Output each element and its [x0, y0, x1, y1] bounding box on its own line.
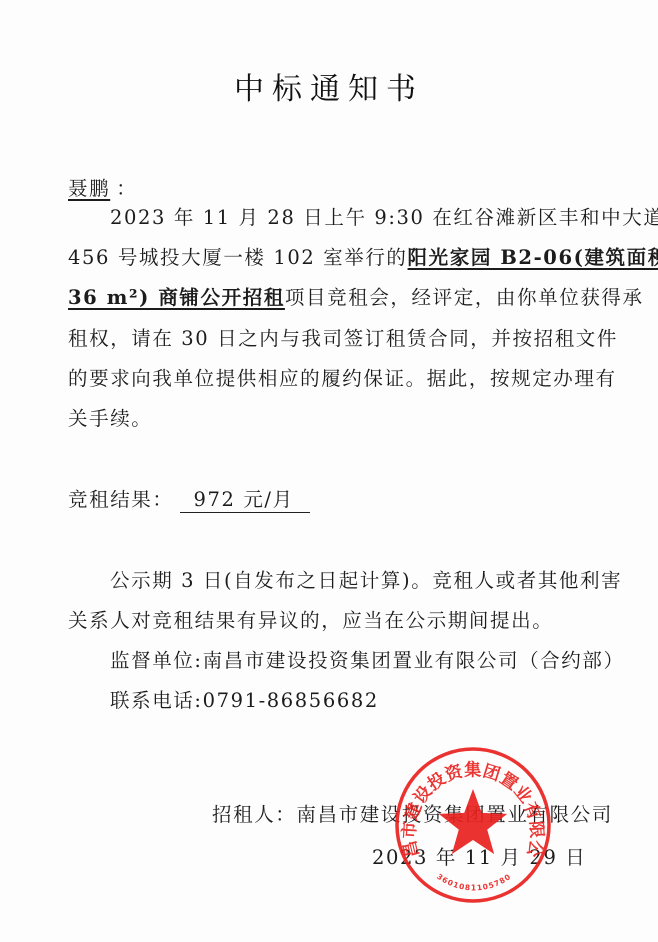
contact-line: 联系电话:0791-86856682: [110, 688, 379, 714]
document-title: 中标通知书: [0, 70, 658, 110]
supervisor-value: 南昌市建设投资集团置业有限公司（合约部）: [203, 649, 625, 672]
contact-label: 联系电话:: [110, 689, 203, 712]
body-line-1: 2023 年 11 月 28 日上午 9:30 在红谷滩新区丰和中大道: [110, 205, 594, 231]
contact-phone: 0791-86856682: [203, 689, 379, 712]
supervisor-label: 监督单位:: [110, 649, 203, 672]
svg-text:3601081105780: 3601081105780: [435, 872, 513, 892]
bid-result-value: 972 元/月: [180, 488, 310, 513]
body-line-6: 关手续。: [68, 406, 152, 432]
addressee-colon: ：: [116, 177, 137, 200]
document-page: 中标通知书 聂鹏： 2023 年 11 月 28 日上午 9:30 在红谷滩新区…: [0, 0, 658, 942]
signature-label: 招租人：: [212, 803, 296, 826]
addressee-line: 聂鹏：: [68, 176, 137, 202]
bid-result-label: 竞租结果：: [68, 488, 174, 511]
publicity-line-2: 关系人对竞租结果有异议的，应当在公示期间提出。: [68, 608, 553, 634]
body-line-3: 36 m²) 商铺公开招租项目竞租会，经评定，由你单位获得承: [68, 285, 594, 311]
signature-line: 招租人：南昌市建设投资集团置业有限公司: [212, 802, 613, 828]
project-name-part-1: 阳光家园 B2-06(建筑面积: [408, 246, 658, 269]
body-line-2: 456 号城投大厦一楼 102 室举行的阳光家园 B2-06(建筑面积: [68, 245, 594, 271]
body-line-4: 租权，请在 30 日之内与我司签订租赁合同，并按招租文件: [68, 326, 594, 352]
bid-result-line: 竞租结果：972 元/月: [68, 487, 310, 513]
signature-date: 2023 年 11 月 29 日: [372, 845, 586, 871]
addressee-name: 聂鹏: [68, 177, 110, 200]
publicity-line-1: 公示期 3 日(自发布之日起计算)。竞租人或者其他利害: [110, 568, 594, 594]
supervisor-line: 监督单位:南昌市建设投资集团置业有限公司（合约部）: [110, 648, 625, 674]
body-line-5: 的要求向我单位提供相应的履约保证。据此，按规定办理有: [68, 366, 594, 392]
body-line-3-text: 项目竞租会，经评定，由你单位获得承: [285, 286, 644, 309]
body-line-2-text: 456 号城投大厦一楼 102 室举行的: [68, 246, 408, 269]
signature-company: 南昌市建设投资集团置业有限公司: [296, 803, 613, 826]
project-name-part-2: 36 m²) 商铺公开招租: [68, 286, 285, 309]
